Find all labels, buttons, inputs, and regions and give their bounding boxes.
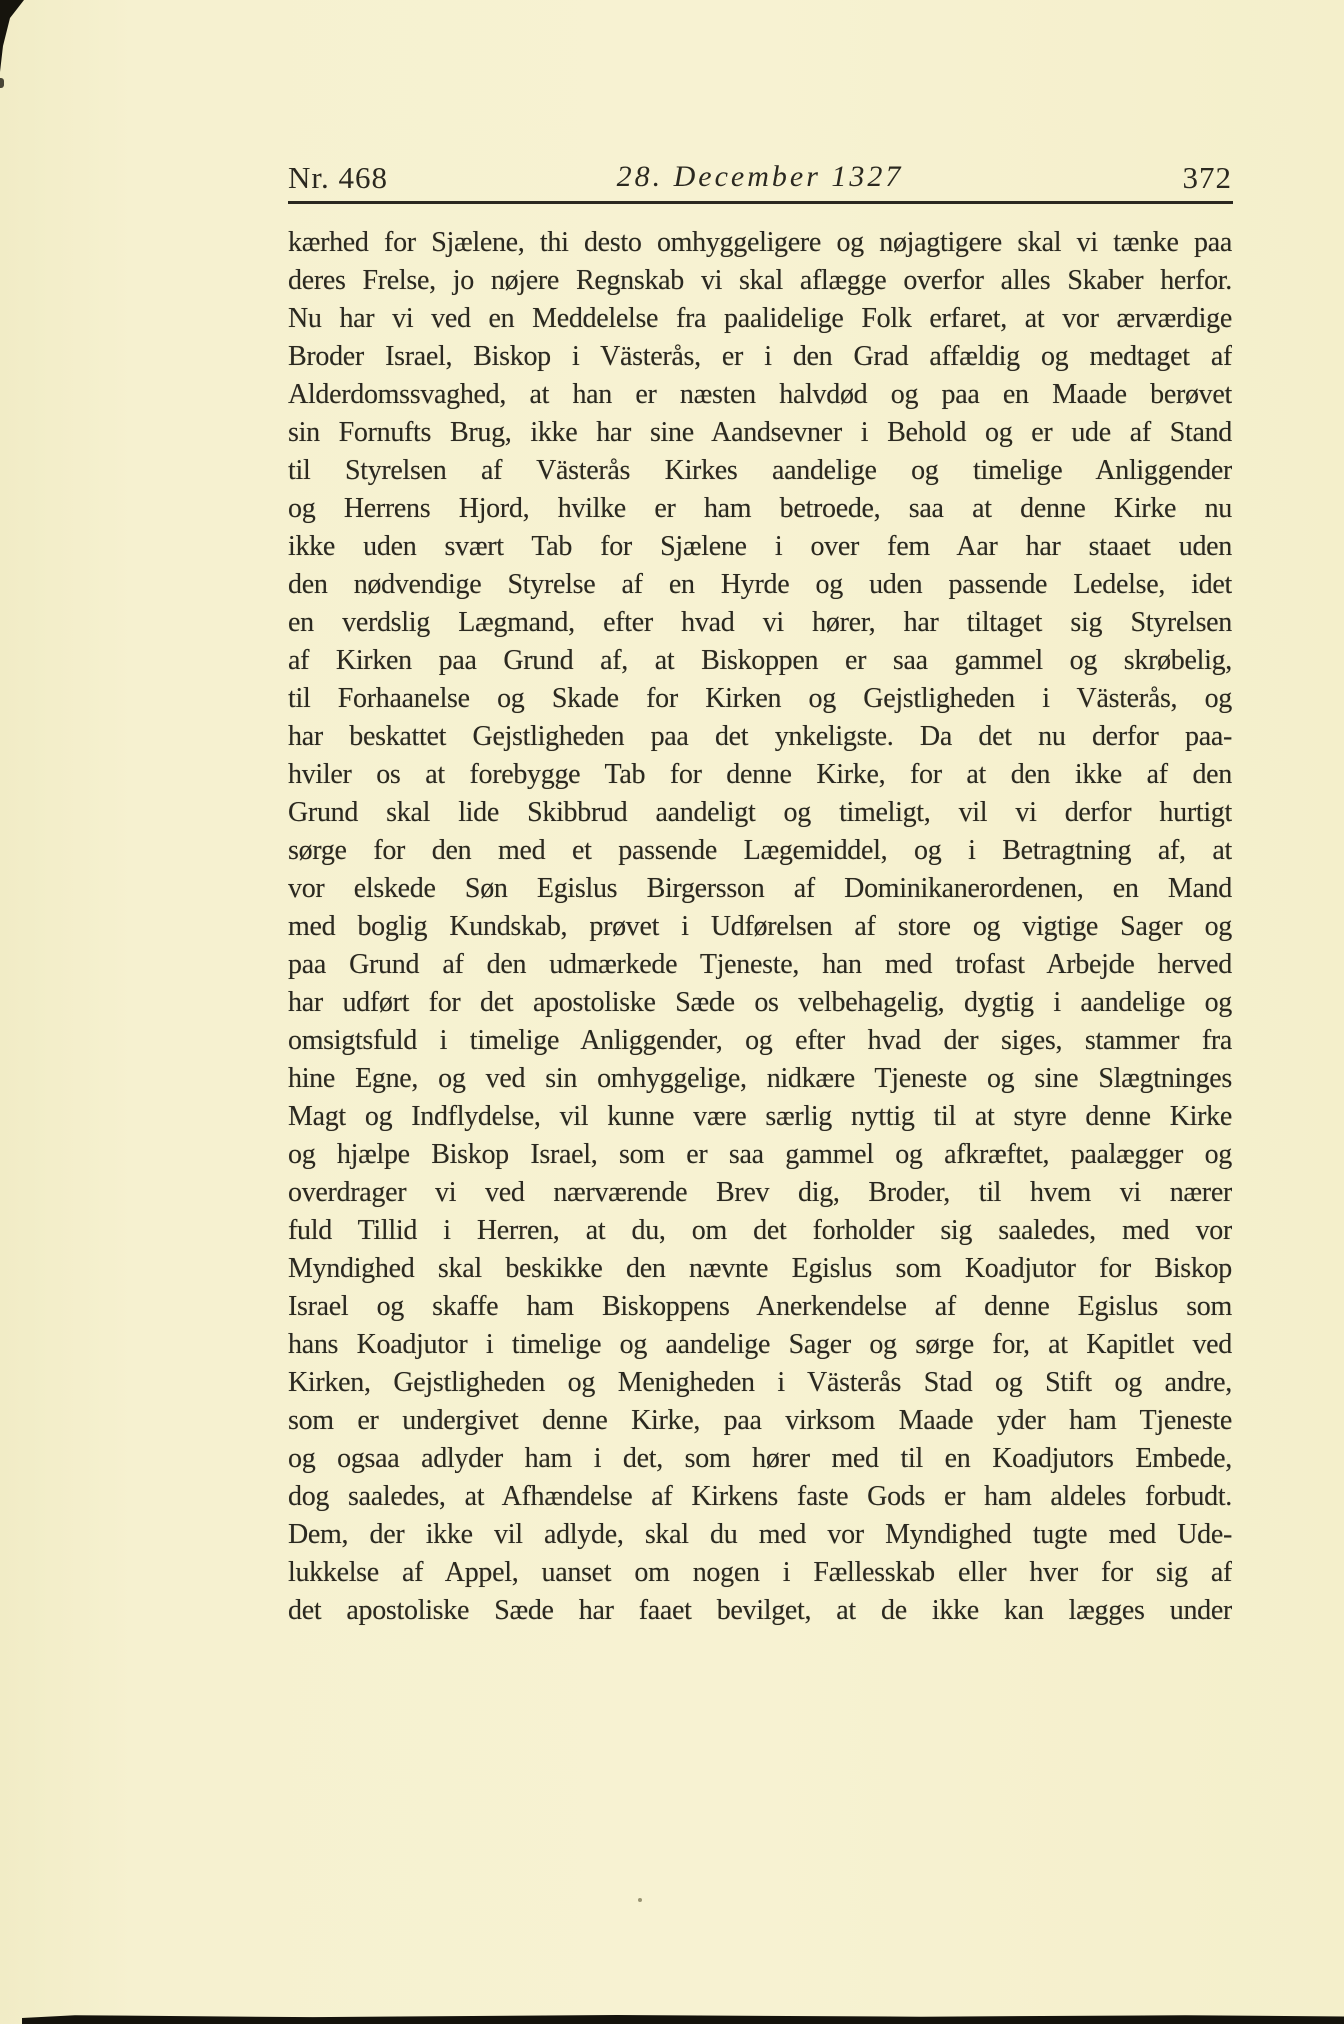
text-line: overdrager vi ved nærværende Brev dig, B… xyxy=(288,1174,1232,1212)
text-line: vor elskede Søn Egislus Birgersson af Do… xyxy=(288,870,1232,908)
text-line: hans Koadjutor i timelige og aandelige S… xyxy=(288,1326,1232,1364)
scanned-book-page: Nr. 468 28. December 1327 372 kærhed for… xyxy=(0,0,1344,2024)
text-line: Dem, der ikke vil adlyde, skal du med vo… xyxy=(288,1516,1232,1554)
text-line: Nu har vi ved en Meddelelse fra paalidel… xyxy=(288,300,1232,338)
text-line: Israel og skaffe ham Biskoppens Anerkend… xyxy=(288,1288,1232,1326)
text-line: hine Egne, og ved sin omhyggelige, nidkæ… xyxy=(288,1060,1232,1098)
text-line: kærhed for Sjælene, thi desto omhyggelig… xyxy=(288,224,1232,262)
text-line: Kirken, Gejstligheden og Menigheden i Vä… xyxy=(288,1364,1232,1402)
text-line: sørge for den med et passende Lægemiddel… xyxy=(288,832,1232,870)
text-line: som er undergivet denne Kirke, paa virks… xyxy=(288,1402,1232,1440)
scan-corner-artifact xyxy=(0,0,30,72)
header-rule xyxy=(288,201,1233,204)
text-line: af Kirken paa Grund af, at Biskoppen er … xyxy=(288,642,1232,680)
page-number: 372 xyxy=(1183,160,1233,196)
text-line: Grund skal lide Skibbrud aandeligt og ti… xyxy=(288,794,1232,832)
document-date: 28. December 1327 xyxy=(288,160,1232,194)
text-line: hviler os at forebygge Tab for denne Kir… xyxy=(288,756,1232,794)
text-line: til Forhaanelse og Skade for Kirken og G… xyxy=(288,680,1232,718)
text-line: har udført for det apostoliske Sæde os v… xyxy=(288,984,1232,1022)
text-line: deres Frelse, jo nøjere Regnskab vi skal… xyxy=(288,262,1232,300)
page-header: Nr. 468 28. December 1327 372 xyxy=(288,160,1232,200)
text-line: dog saaledes, at Afhændelse af Kirkens f… xyxy=(288,1478,1232,1516)
text-line: har beskattet Gejstligheden paa det ynke… xyxy=(288,718,1232,756)
text-line: den nødvendige Styrelse af en Hyrde og u… xyxy=(288,566,1232,604)
text-line: med boglig Kundskab, prøvet i Udførelsen… xyxy=(288,908,1232,946)
text-line: omsigtsfuld i timelige Anliggender, og e… xyxy=(288,1022,1232,1060)
text-line: ikke uden svært Tab for Sjælene i over f… xyxy=(288,528,1232,566)
text-line: til Styrelsen af Västerås Kirkes aandeli… xyxy=(288,452,1232,490)
scan-speck xyxy=(638,1898,642,1902)
scan-edge-nick xyxy=(0,78,4,88)
text-line: lukkelse af Appel, uanset om nogen i Fæl… xyxy=(288,1554,1232,1592)
scan-bottom-edge xyxy=(22,2013,1344,2024)
text-line: og Herrens Hjord, hvilke er ham betroede… xyxy=(288,490,1232,528)
text-line: Magt og Indflydelse, vil kunne være særl… xyxy=(288,1098,1232,1136)
text-line: paa Grund af den udmærkede Tjeneste, han… xyxy=(288,946,1232,984)
text-line: fuld Tillid i Herren, at du, om det forh… xyxy=(288,1212,1232,1250)
document-text: kærhed for Sjælene, thi desto omhyggelig… xyxy=(288,224,1232,1630)
text-line: Myndighed skal beskikke den nævnte Egisl… xyxy=(288,1250,1232,1288)
text-line: Broder Israel, Biskop i Västerås, er i d… xyxy=(288,338,1232,376)
text-line: sin Fornufts Brug, ikke har sine Aandsev… xyxy=(288,414,1232,452)
text-line: Alderdomssvaghed, at han er næsten halvd… xyxy=(288,376,1232,414)
text-line: det apostoliske Sæde har faaet bevilget,… xyxy=(288,1592,1232,1630)
text-line: og ogsaa adlyder ham i det, som hører me… xyxy=(288,1440,1232,1478)
text-line: og hjælpe Biskop Israel, som er saa gamm… xyxy=(288,1136,1232,1174)
text-line: en verdslig Lægmand, efter hvad vi hører… xyxy=(288,604,1232,642)
